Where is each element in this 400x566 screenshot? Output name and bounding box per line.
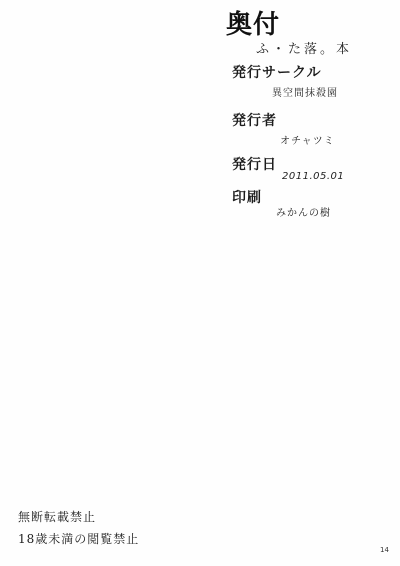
no-reproduction-notice: 無断転載禁止 — [18, 508, 96, 525]
document-page: 奥付 ふ・た落。本 発行サークル 異空間抹殺園 発行者 オチャツミ 発行日 20… — [0, 0, 400, 566]
page-number: 14 — [380, 546, 389, 554]
printer-label: 印刷 — [232, 187, 262, 207]
colophon-title: 奥付 — [226, 4, 280, 41]
publishing-circle-label: 発行サークル — [232, 62, 322, 82]
printer-value: みかんの樹 — [276, 204, 331, 219]
publishing-circle-value: 異空間抹殺園 — [272, 84, 338, 99]
publisher-label: 発行者 — [232, 110, 277, 130]
publish-date-label: 発行日 — [232, 154, 277, 174]
publisher-value: オチャツミ — [280, 132, 335, 147]
age-restriction-notice: 18歳未満の閲覧禁止 — [18, 530, 139, 547]
book-title: ふ・た落。本 — [256, 38, 352, 57]
publish-date-value: 2011.05.01 — [282, 171, 344, 182]
